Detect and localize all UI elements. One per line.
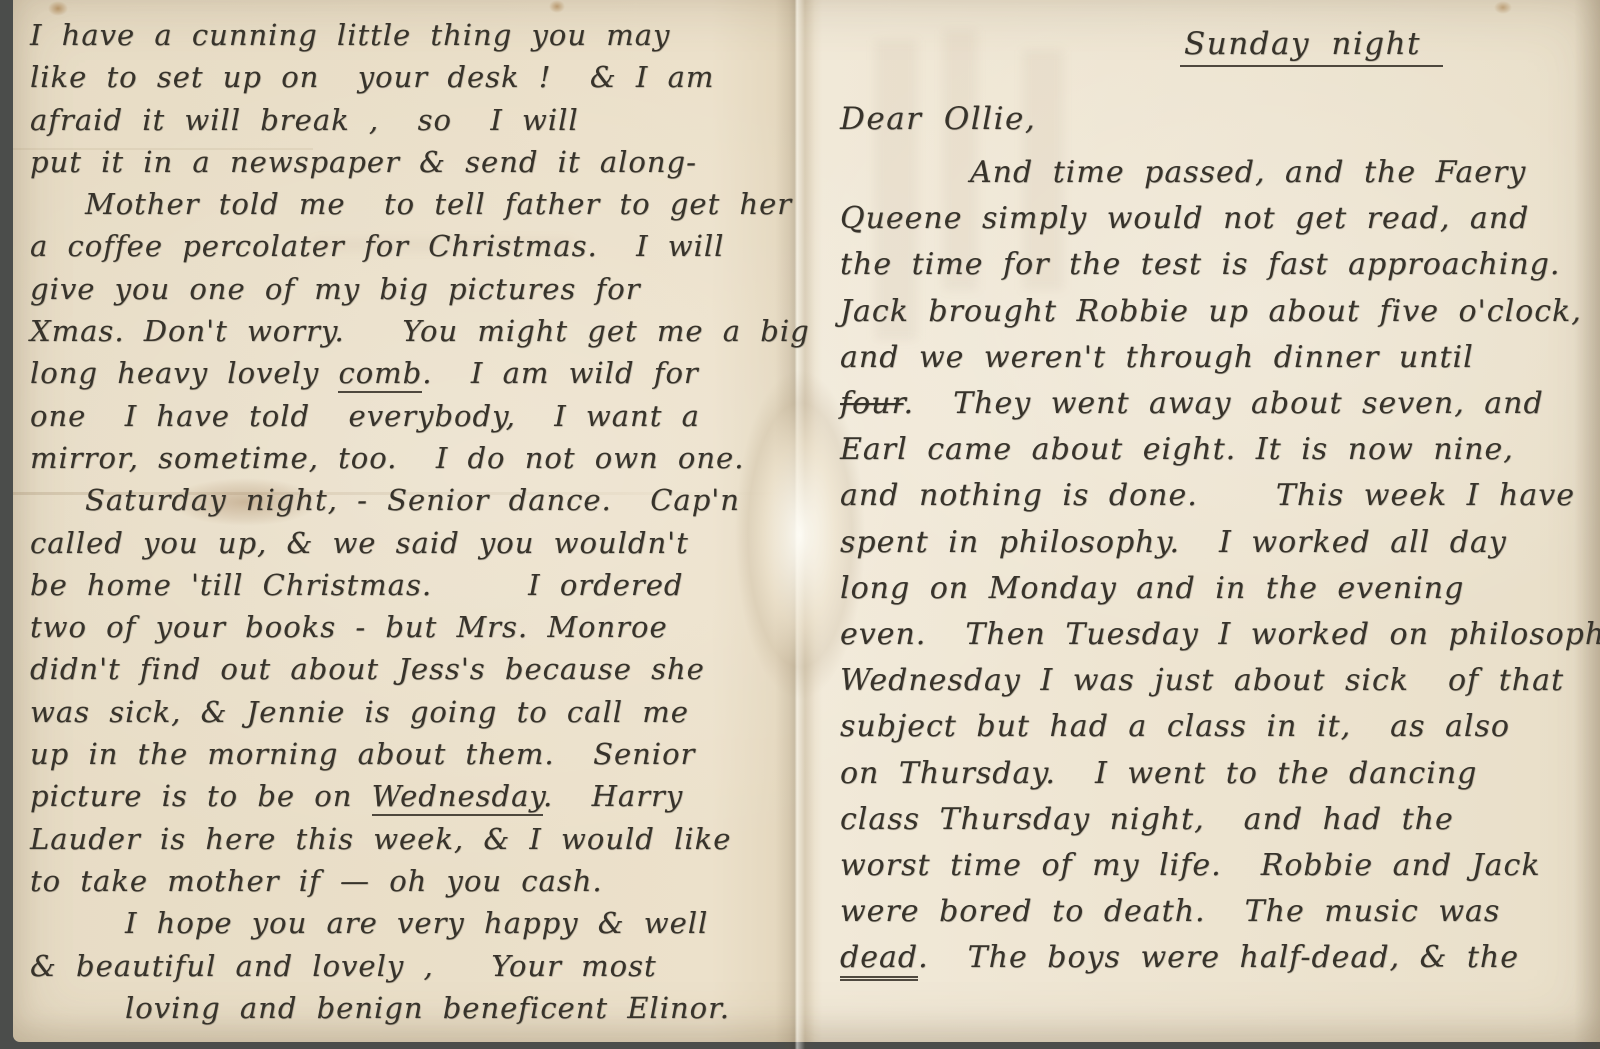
letter-text: didn't find out about Jess's because she bbox=[30, 652, 705, 686]
letter-line: two of your books - but Mrs. Monroe bbox=[30, 606, 786, 648]
letter-line: spent in philosophy. I worked all day bbox=[840, 520, 1586, 566]
letter-line: give you one of my big pictures for bbox=[30, 268, 786, 310]
letter-line: Saturday night, - Senior dance. Cap'n bbox=[30, 479, 786, 521]
letter-line: up in the morning about them. Senior bbox=[30, 733, 786, 775]
letter-text: Jack brought Robbie up about five o'cloc… bbox=[840, 294, 1582, 329]
letter-salutation: Dear Ollie, bbox=[840, 101, 1586, 137]
letter-page-right-header: Sunday night Dear Ollie, bbox=[840, 26, 1586, 137]
letter-text: . They went away about seven, and bbox=[904, 386, 1544, 421]
letter-text: long on Monday and in the evening bbox=[840, 571, 1464, 606]
letter-text: two of your books - but Mrs. Monroe bbox=[30, 610, 668, 644]
letter-text: spent in philosophy. I worked all day bbox=[840, 525, 1507, 560]
letter-line: Earl came about eight. It is now nine, bbox=[840, 427, 1586, 473]
letter-text: I hope you are very happy & well bbox=[125, 906, 708, 940]
letter-text: picture is to be on bbox=[30, 779, 372, 813]
letter-text: I have a cunning little thing you may bbox=[30, 18, 670, 52]
letter-text: long heavy lovely bbox=[30, 356, 338, 390]
stain bbox=[1494, 1, 1512, 14]
letter-text: Saturday night, - Senior dance. Cap'n bbox=[85, 483, 740, 517]
letter-text: Earl came about eight. It is now nine, bbox=[840, 432, 1514, 467]
letter-text: even. Then Tuesday I worked on philosoph… bbox=[840, 617, 1600, 652]
letter-line: Lauder is here this week, & I would like bbox=[30, 818, 786, 860]
letter-text: . The boys were half-dead, & the bbox=[918, 940, 1519, 975]
letter-text: one I have told everybody, I want a bbox=[30, 399, 700, 433]
letter-text: to take mother if — oh you cash. bbox=[30, 864, 603, 898]
letter-line: Queene simply would not get read, and bbox=[840, 196, 1586, 242]
letter-line: even. Then Tuesday I worked on philosoph… bbox=[840, 612, 1586, 658]
letter-text: afraid it will break , so I will bbox=[30, 103, 579, 137]
letter-page-left: I have a cunning little thing you maylik… bbox=[30, 14, 786, 1029]
letter-line: Jack brought Robbie up about five o'cloc… bbox=[840, 289, 1586, 335]
letter-line: was sick, & Jennie is going to call me bbox=[30, 691, 786, 733]
letter-line: didn't find out about Jess's because she bbox=[30, 648, 786, 690]
letter-line: class Thursday night, and had the bbox=[840, 797, 1586, 843]
letter-text: worst time of my life. Robbie and Jack bbox=[840, 848, 1541, 883]
letter-date-heading: Sunday night bbox=[1180, 26, 1443, 67]
letter-line: and nothing is done. This week I have bbox=[840, 473, 1586, 519]
struck-word: four bbox=[840, 386, 904, 421]
letter-text: were bored to death. The music was bbox=[840, 894, 1500, 929]
letter-line: long heavy lovely comb. I am wild for bbox=[30, 352, 786, 394]
letter-line: one I have told everybody, I want a bbox=[30, 395, 786, 437]
letter-text: was sick, & Jennie is going to call me bbox=[30, 695, 689, 729]
letter-text: like to set up on your desk ! & I am bbox=[30, 60, 714, 94]
underlined-word: comb bbox=[338, 356, 422, 393]
letter-text: Wednesday I was just about sick of that bbox=[840, 663, 1564, 698]
letter-line: the time for the test is fast approachin… bbox=[840, 242, 1586, 288]
letter-page-right: And time passed, and the FaeryQueene sim… bbox=[840, 150, 1586, 982]
letter-line: picture is to be on Wednesday. Harry bbox=[30, 775, 786, 817]
letter-text: called you up, & we said you wouldn't bbox=[30, 526, 689, 560]
letter-line: like to set up on your desk ! & I am bbox=[30, 56, 786, 98]
letter-line: I hope you are very happy & well bbox=[30, 902, 786, 944]
letter-line: put it in a newspaper & send it along- bbox=[30, 141, 786, 183]
letter-line: long on Monday and in the evening bbox=[840, 566, 1586, 612]
letter-line: on Thursday. I went to the dancing bbox=[840, 751, 1586, 797]
letter-text: subject but had a class in it, as also bbox=[840, 709, 1510, 744]
letter-line: a coffee percolater for Christmas. I wil… bbox=[30, 225, 786, 267]
letter-line: I have a cunning little thing you may bbox=[30, 14, 786, 56]
letter-line: Xmas. Don't worry. You might get me a bi… bbox=[30, 310, 786, 352]
letter-text: Lauder is here this week, & I would like bbox=[30, 822, 731, 856]
letter-text: a coffee percolater for Christmas. I wil… bbox=[30, 229, 724, 263]
letter-line: Wednesday I was just about sick of that bbox=[840, 658, 1586, 704]
stain bbox=[549, 0, 565, 13]
letter-line: And time passed, and the Faery bbox=[840, 150, 1586, 196]
letter-text: Xmas. Don't worry. You might get me a bi… bbox=[30, 314, 810, 348]
letter-line: Mother told me to tell father to get her bbox=[30, 183, 786, 225]
letter-text: loving and benign beneficent Elinor. bbox=[125, 991, 730, 1025]
letter-line: loving and benign beneficent Elinor. bbox=[30, 987, 786, 1029]
letter-text: put it in a newspaper & send it along- bbox=[30, 145, 697, 179]
letter-text: on Thursday. I went to the dancing bbox=[840, 756, 1477, 791]
underlined-word: dead bbox=[840, 940, 918, 981]
letter-text: the time for the test is fast approachin… bbox=[840, 247, 1560, 282]
letter-text: And time passed, and the Faery bbox=[970, 155, 1526, 190]
letter-line: subject but had a class in it, as also bbox=[840, 704, 1586, 750]
letter-text: class Thursday night, and had the bbox=[840, 802, 1454, 837]
letter-text: Mother told me to tell father to get her bbox=[85, 187, 792, 221]
underlined-word: Wednesday bbox=[372, 779, 543, 816]
letter-line: called you up, & we said you wouldn't bbox=[30, 522, 786, 564]
letter-text: Queene simply would not get read, and bbox=[840, 201, 1529, 236]
letter-text: . I am wild for bbox=[422, 356, 699, 390]
letter-line: four. They went away about seven, and bbox=[840, 381, 1586, 427]
letter-line: to take mother if — oh you cash. bbox=[30, 860, 786, 902]
letter-text: up in the morning about them. Senior bbox=[30, 737, 695, 771]
letter-text: and nothing is done. This week I have bbox=[840, 478, 1575, 513]
letter-line: & beautiful and lovely , Your most bbox=[30, 945, 786, 987]
letter-line: afraid it will break , so I will bbox=[30, 99, 786, 141]
letter-line: worst time of my life. Robbie and Jack bbox=[840, 843, 1586, 889]
letter-text: and we weren't through dinner until bbox=[840, 340, 1474, 375]
letter-line: dead. The boys were half-dead, & the bbox=[840, 935, 1586, 981]
letter-text: give you one of my big pictures for bbox=[30, 272, 641, 306]
letter-line: mirror, sometime, too. I do not own one. bbox=[30, 437, 786, 479]
letter-text: mirror, sometime, too. I do not own one. bbox=[30, 441, 744, 475]
letter-line: and we weren't through dinner until bbox=[840, 335, 1586, 381]
letter-line: were bored to death. The music was bbox=[840, 889, 1586, 935]
letter-text: . Harry bbox=[543, 779, 683, 813]
letter-line: be home 'till Christmas. I ordered bbox=[30, 564, 786, 606]
letter-text: & beautiful and lovely , Your most bbox=[30, 949, 657, 983]
scanner-background: { "colors":{"paper":"#ece1cb","ink":"#37… bbox=[0, 0, 1600, 1049]
letter-text: be home 'till Christmas. I ordered bbox=[30, 568, 683, 602]
